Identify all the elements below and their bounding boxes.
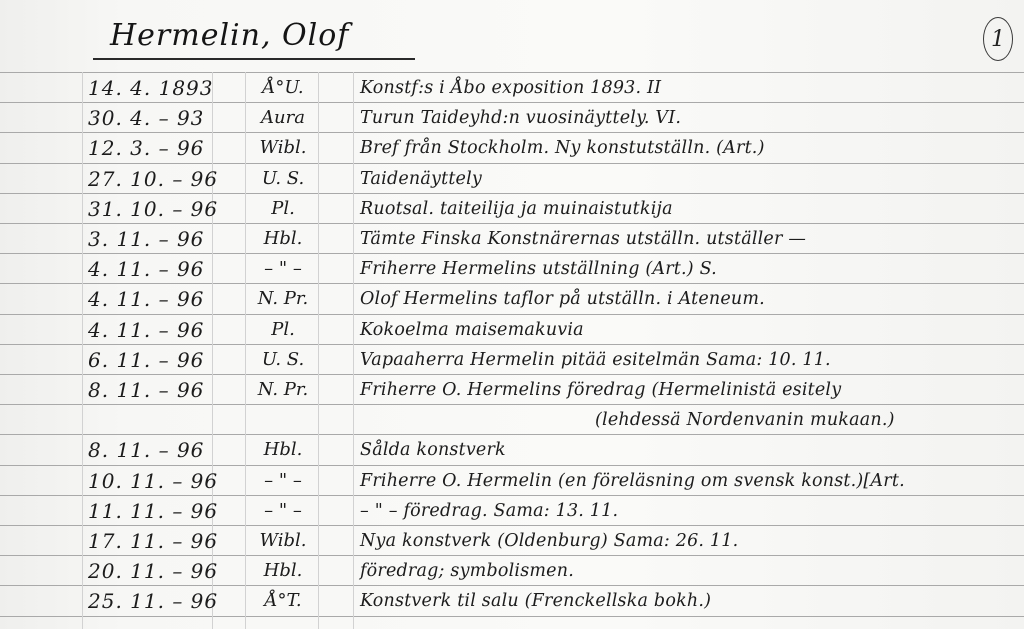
entry-row: 4. 11. – 96N. Pr.Olof Hermelins taflor p… (0, 283, 1024, 313)
entry-source: Hbl. (248, 560, 318, 582)
entry-source: U. S. (248, 349, 318, 371)
entry-date: 10. 11. – 96 (88, 470, 218, 492)
entry-date: 6. 11. – 96 (88, 349, 204, 371)
entry-description: Olof Hermelins taflor på utställn. i Ate… (360, 288, 765, 310)
entry-source: Wibl. (248, 137, 318, 159)
entry-source: Hbl. (248, 439, 318, 461)
entry-row: 20. 11. – 96Hbl.föredrag; symbolismen. (0, 555, 1024, 585)
entry-date: 8. 11. – 96 (88, 379, 204, 401)
entry-description: Ruotsal. taiteilija ja muinaistutkija (360, 198, 673, 220)
entry-date: 31. 10. – 96 (88, 198, 218, 220)
entry-date: 30. 4. – 93 (88, 107, 204, 129)
entry-source: N. Pr. (248, 379, 318, 401)
entry-date: 8. 11. – 96 (88, 439, 204, 461)
entry-row: 6. 11. – 96U. S.Vapaaherra Hermelin pitä… (0, 344, 1024, 374)
ruled-line (0, 616, 1024, 617)
entry-source: Aura (248, 107, 318, 129)
index-card: Hermelin, Olof 1 14. 4. 1893Å°U.Konstf:s… (0, 0, 1024, 629)
entry-date: 4. 11. – 96 (88, 288, 204, 310)
entry-description: Friherre Hermelins utställning (Art.) S. (360, 258, 717, 280)
entry-date: 14. 4. 1893 (88, 77, 214, 99)
entry-row: (lehdessä Nordenvanin mukaan.) (0, 404, 1024, 434)
entry-description: Friherre O. Hermelins föredrag (Hermelin… (360, 379, 841, 401)
entry-row: 4. 11. – 96Pl.Kokoelma maisemakuvia (0, 314, 1024, 344)
title-underline (93, 58, 415, 60)
entry-source: Å°U. (248, 77, 318, 99)
entry-date: 27. 10. – 96 (88, 168, 218, 190)
entry-description: – " – föredrag. Sama: 13. 11. (360, 500, 618, 522)
entry-description: Turun Taideyhd:n vuosinäyttely. VI. (360, 107, 681, 129)
entry-row: 30. 4. – 93AuraTurun Taideyhd:n vuosinäy… (0, 102, 1024, 132)
entry-row: 8. 11. – 96Hbl.Sålda konstverk (0, 434, 1024, 464)
entry-source: Hbl. (248, 228, 318, 250)
entry-source: Wibl. (248, 530, 318, 552)
entry-row: 10. 11. – 96– " –Friherre O. Hermelin (e… (0, 465, 1024, 495)
entry-source: Pl. (248, 198, 318, 220)
entry-description: Vapaaherra Hermelin pitää esitelmän Sama… (360, 349, 831, 371)
entry-description: Nya konstverk (Oldenburg) Sama: 26. 11. (360, 530, 738, 552)
entry-date: 11. 11. – 96 (88, 500, 218, 522)
entry-description: Friherre O. Hermelin (en föreläsning om … (360, 470, 905, 492)
entry-date: 17. 11. – 96 (88, 530, 218, 552)
entry-row: 3. 11. – 96Hbl.Tämte Finska Konstnärerna… (0, 223, 1024, 253)
entry-source: – " – (248, 258, 318, 280)
entry-source: – " – (248, 500, 318, 522)
entry-date: 20. 11. – 96 (88, 560, 218, 582)
entry-description: Kokoelma maisemakuvia (360, 319, 584, 341)
entry-description: Tämte Finska Konstnärernas utställn. uts… (360, 228, 806, 250)
entry-row: 25. 11. – 96Å°T.Konstverk til salu (Fren… (0, 585, 1024, 615)
entry-row: 31. 10. – 96Pl.Ruotsal. taiteilija ja mu… (0, 193, 1024, 223)
entry-description: föredrag; symbolismen. (360, 560, 574, 582)
entry-date: 4. 11. – 96 (88, 319, 204, 341)
entry-date: 25. 11. – 96 (88, 590, 218, 612)
entry-date: 3. 11. – 96 (88, 228, 204, 250)
entry-description: Konstf:s i Åbo exposition 1893. II (360, 77, 661, 99)
entry-date: 4. 11. – 96 (88, 258, 204, 280)
entry-source: Å°T. (248, 590, 318, 612)
entry-description: Taidenäyttely (360, 168, 482, 190)
entry-row: 27. 10. – 96U. S.Taidenäyttely (0, 163, 1024, 193)
card-number-badge: 1 (983, 17, 1013, 61)
entry-source: Pl. (248, 319, 318, 341)
entry-source: – " – (248, 470, 318, 492)
entry-description: (lehdessä Nordenvanin mukaan.) (595, 409, 895, 431)
entry-row: 11. 11. – 96– " –– " – föredrag. Sama: 1… (0, 495, 1024, 525)
entry-description: Sålda konstverk (360, 439, 506, 461)
entry-description: Konstverk til salu (Frenckellska bokh.) (360, 590, 711, 612)
card-title: Hermelin, Olof (110, 18, 349, 53)
entry-row: 14. 4. 1893Å°U.Konstf:s i Åbo exposition… (0, 72, 1024, 102)
entry-row: 8. 11. – 96N. Pr.Friherre O. Hermelins f… (0, 374, 1024, 404)
entry-row: 4. 11. – 96– " –Friherre Hermelins utstä… (0, 253, 1024, 283)
entry-source: N. Pr. (248, 288, 318, 310)
entry-row: 12. 3. – 96Wibl.Bref från Stockholm. Ny … (0, 132, 1024, 162)
entry-row: 17. 11. – 96Wibl.Nya konstverk (Oldenbur… (0, 525, 1024, 555)
entry-date: 12. 3. – 96 (88, 137, 204, 159)
entry-source: U. S. (248, 168, 318, 190)
entry-description: Bref från Stockholm. Ny konstutställn. (… (360, 137, 765, 159)
